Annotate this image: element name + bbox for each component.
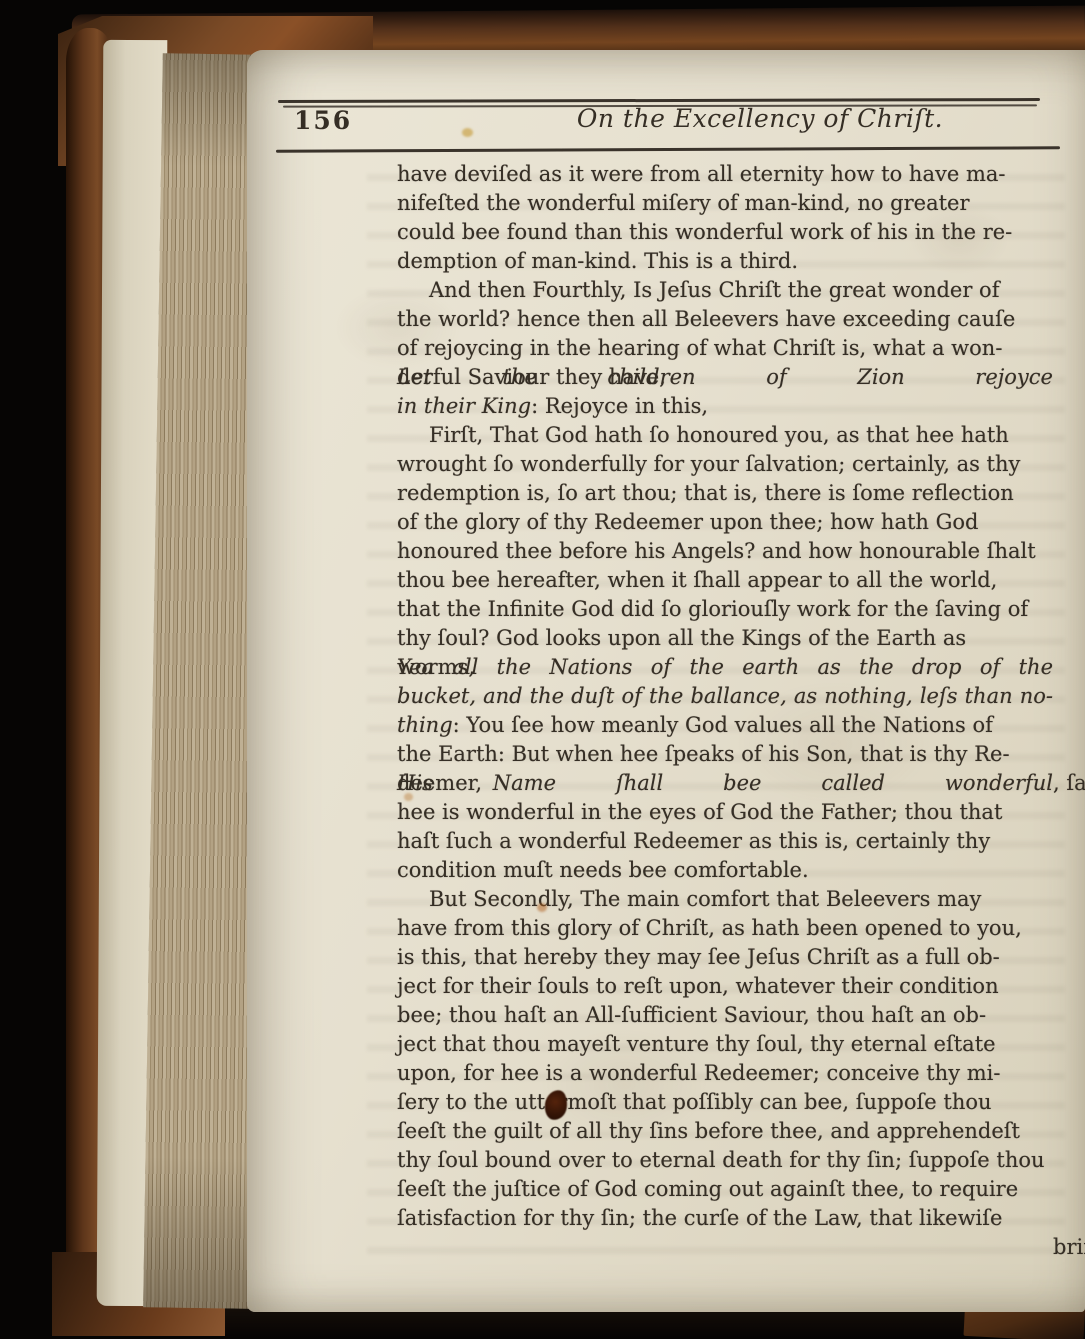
text-line: ſatisfaction for thy ſin; the curſe of t… — [397, 1204, 1053, 1233]
text-line: ject for their ſouls to reſt upon, whate… — [397, 972, 1053, 1001]
text-line: bucket, and the duſt of the ballance, as… — [397, 682, 1053, 711]
text-line: ſery to the uttermoſt that poſſibly can … — [397, 1088, 1053, 1117]
text-line: thing: You ſee how meanly God values all… — [397, 711, 1053, 740]
text-line: of rejoycing in the hearing of what Chri… — [397, 334, 1053, 363]
text-line: ſeeſt the juſtice of God coming out agai… — [397, 1175, 1053, 1204]
text-line: the Earth: But when hee ſpeaks of his So… — [397, 740, 1053, 769]
text-line: in their King: Rejoyce in this, — [397, 392, 1053, 421]
text-line: condition muſt needs bee comfortable. — [397, 856, 1053, 885]
text-line: demption of man-kind. This is a third. — [397, 247, 1053, 276]
text-line: ſeeſt the guilt of all thy ſins before t… — [397, 1117, 1053, 1146]
text-line: honoured thee before his Angels? and how… — [397, 537, 1053, 566]
text-line: redemption is, ſo art thou; that is, the… — [397, 479, 1053, 508]
text-line: thy ſoul? God looks upon all the Kings o… — [397, 624, 1053, 653]
text-line: the world? hence then all Beleevers have… — [397, 305, 1053, 334]
text-line: haſt ſuch a wonderful Redeemer as this i… — [397, 827, 1053, 856]
text-line: thou bee hereafter, when it ſhall appear… — [397, 566, 1053, 595]
stain-spot — [462, 128, 473, 137]
text-line: worms, Yea all the Nations of the earth … — [397, 653, 1053, 682]
text-line: have from this glory of Chriſt, as hath … — [397, 914, 1053, 943]
text-line: is this, that hereby they may ſee Jeſus … — [397, 943, 1053, 972]
text-line: hee is wonderful in the eyes of God the … — [397, 798, 1053, 827]
catchword: brings — [397, 1233, 1053, 1262]
text-line: But Secondly, The main comfort that Bele… — [397, 885, 1053, 914]
text-line: bee; thou haſt an All-ſufficient Saviour… — [397, 1001, 1053, 1030]
text-line: that the Infinite God did ſo gloriouſly … — [397, 595, 1053, 624]
text-line: of the glory of thy Redeemer upon thee; … — [397, 508, 1053, 537]
text-line: Firſt, That God hath ſo honoured you, as… — [397, 421, 1053, 450]
text-line: derful Saviour they have, Let the childr… — [397, 363, 1053, 392]
book-photo: 156 On the Excellency of Chriſt. have de… — [0, 0, 1085, 1339]
page-number: 156 — [294, 106, 352, 135]
text-line: could bee found than this wonderful work… — [397, 218, 1053, 247]
text-line: upon, for hee is a wonderful Redeemer; c… — [397, 1059, 1053, 1088]
text-line: have deviſed as it were from all eternit… — [397, 160, 1053, 189]
text-block: have deviſed as it were from all eternit… — [397, 160, 1053, 1262]
stain-spot — [537, 903, 547, 912]
running-title: On the Excellency of Chriſt. — [480, 104, 1040, 133]
text-line: thy ſoul bound over to eternal death for… — [397, 1146, 1053, 1175]
text-line: ject that thou mayeſt venture thy ſoul, … — [397, 1030, 1053, 1059]
text-line: nifeſted the wonderful miſery of man-kin… — [397, 189, 1053, 218]
text-line: wrought ſo wonderfully for your ſalvatio… — [397, 450, 1053, 479]
text-line: deemer, His Name ſhall bee called wonder… — [397, 769, 1053, 798]
text-line: And then Fourthly, Is Jeſus Chriſt the g… — [397, 276, 1053, 305]
stain-spot — [404, 793, 413, 801]
